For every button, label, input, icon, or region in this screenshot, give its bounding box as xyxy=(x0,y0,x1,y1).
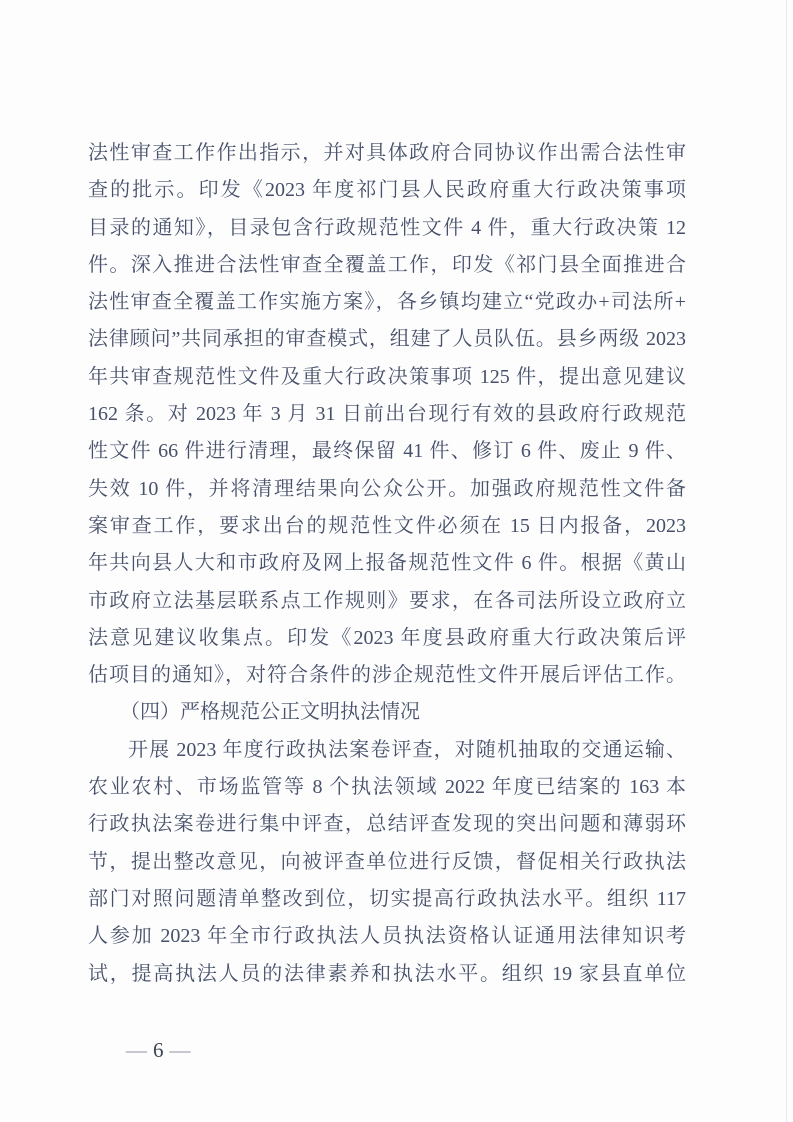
text-line: 年共审查规范性文件及重大行政决策事项 125 件，提出意见建议 xyxy=(88,359,686,396)
text-line: 行政执法案卷进行集中评查，总结评查发现的突出问题和薄弱环 xyxy=(88,806,686,843)
text-line: 案审查工作，要求出台的规范性文件必须在 15 日内报备，2023 xyxy=(88,508,686,545)
text-line: 性文件 66 件进行清理，最终保留 41 件、修订 6 件、废止 9 件、 xyxy=(88,433,686,470)
text-line: 法性审查全覆盖工作实施方案》，各乡镇均建立“党政办+司法所+ xyxy=(88,284,686,321)
text-line: 法性审查工作作出指示，并对具体政府合同协议作出需合法性审 xyxy=(88,135,686,172)
text-line: 162 条。对 2023 年 3 月 31 日前出台现行有效的县政府行政规范 xyxy=(88,396,686,433)
text-line: 节，提出整改意见，向被评查单位进行反馈，督促相关行政执法 xyxy=(88,844,686,881)
text-line: 目录的通知》，目录包含行政规范性文件 4 件，重大行政决策 12 xyxy=(88,210,686,247)
text-line: 失效 10 件，并将清理结果向公众公开。加强政府规范性文件备 xyxy=(88,471,686,508)
text-line: 人参加 2023 年全市行政执法人员执法资格认证通用法律知识考 xyxy=(88,918,686,955)
body-text-block: 法性审查工作作出指示，并对具体政府合同协议作出需合法性审 查的批示。印发《202… xyxy=(88,135,686,993)
scan-edge-artifact xyxy=(786,0,787,1122)
text-line: 年共向县人大和市政府及网上报备规范性文件 6 件。根据《黄山 xyxy=(88,545,686,582)
document-page: 法性审查工作作出指示，并对具体政府合同协议作出需合法性审 查的批示。印发《202… xyxy=(0,0,793,1122)
section-heading: （四）严格规范公正文明执法情况 xyxy=(88,694,686,731)
text-line: 部门对照问题清单整改到位，切实提高行政执法水平。组织 117 xyxy=(88,881,686,918)
text-line: 开展 2023 年度行政执法案卷评查，对随机抽取的交通运输、 xyxy=(88,732,686,769)
text-line: 件。深入推进合法性审查全覆盖工作，印发《祁门县全面推进合 xyxy=(88,247,686,284)
page-number-dash-right: — xyxy=(170,1038,191,1062)
page-number-dash-left: — xyxy=(126,1038,147,1062)
text-line: 试，提高执法人员的法律素养和执法水平。组织 19 家县直单位 xyxy=(88,956,686,993)
page-number-value: 6 xyxy=(147,1038,170,1062)
text-line: 估项目的通知》，对符合条件的涉企规范性文件开展后评估工作。 xyxy=(88,657,686,694)
text-line: 查的批示。印发《2023 年度祁门县人民政府重大行政决策事项 xyxy=(88,172,686,209)
text-line: 农业农村、市场监管等 8 个执法领域 2022 年度已结案的 163 本 xyxy=(88,769,686,806)
text-line: 法律顾问”共同承担的审查模式，组建了人员队伍。县乡两级 2023 xyxy=(88,321,686,358)
page-number: —6— xyxy=(126,1036,191,1064)
text-line: 市政府立法基层联系点工作规则》要求，在各司法所设立政府立 xyxy=(88,583,686,620)
text-line: 法意见建议收集点。印发《2023 年度县政府重大行政决策后评 xyxy=(88,620,686,657)
